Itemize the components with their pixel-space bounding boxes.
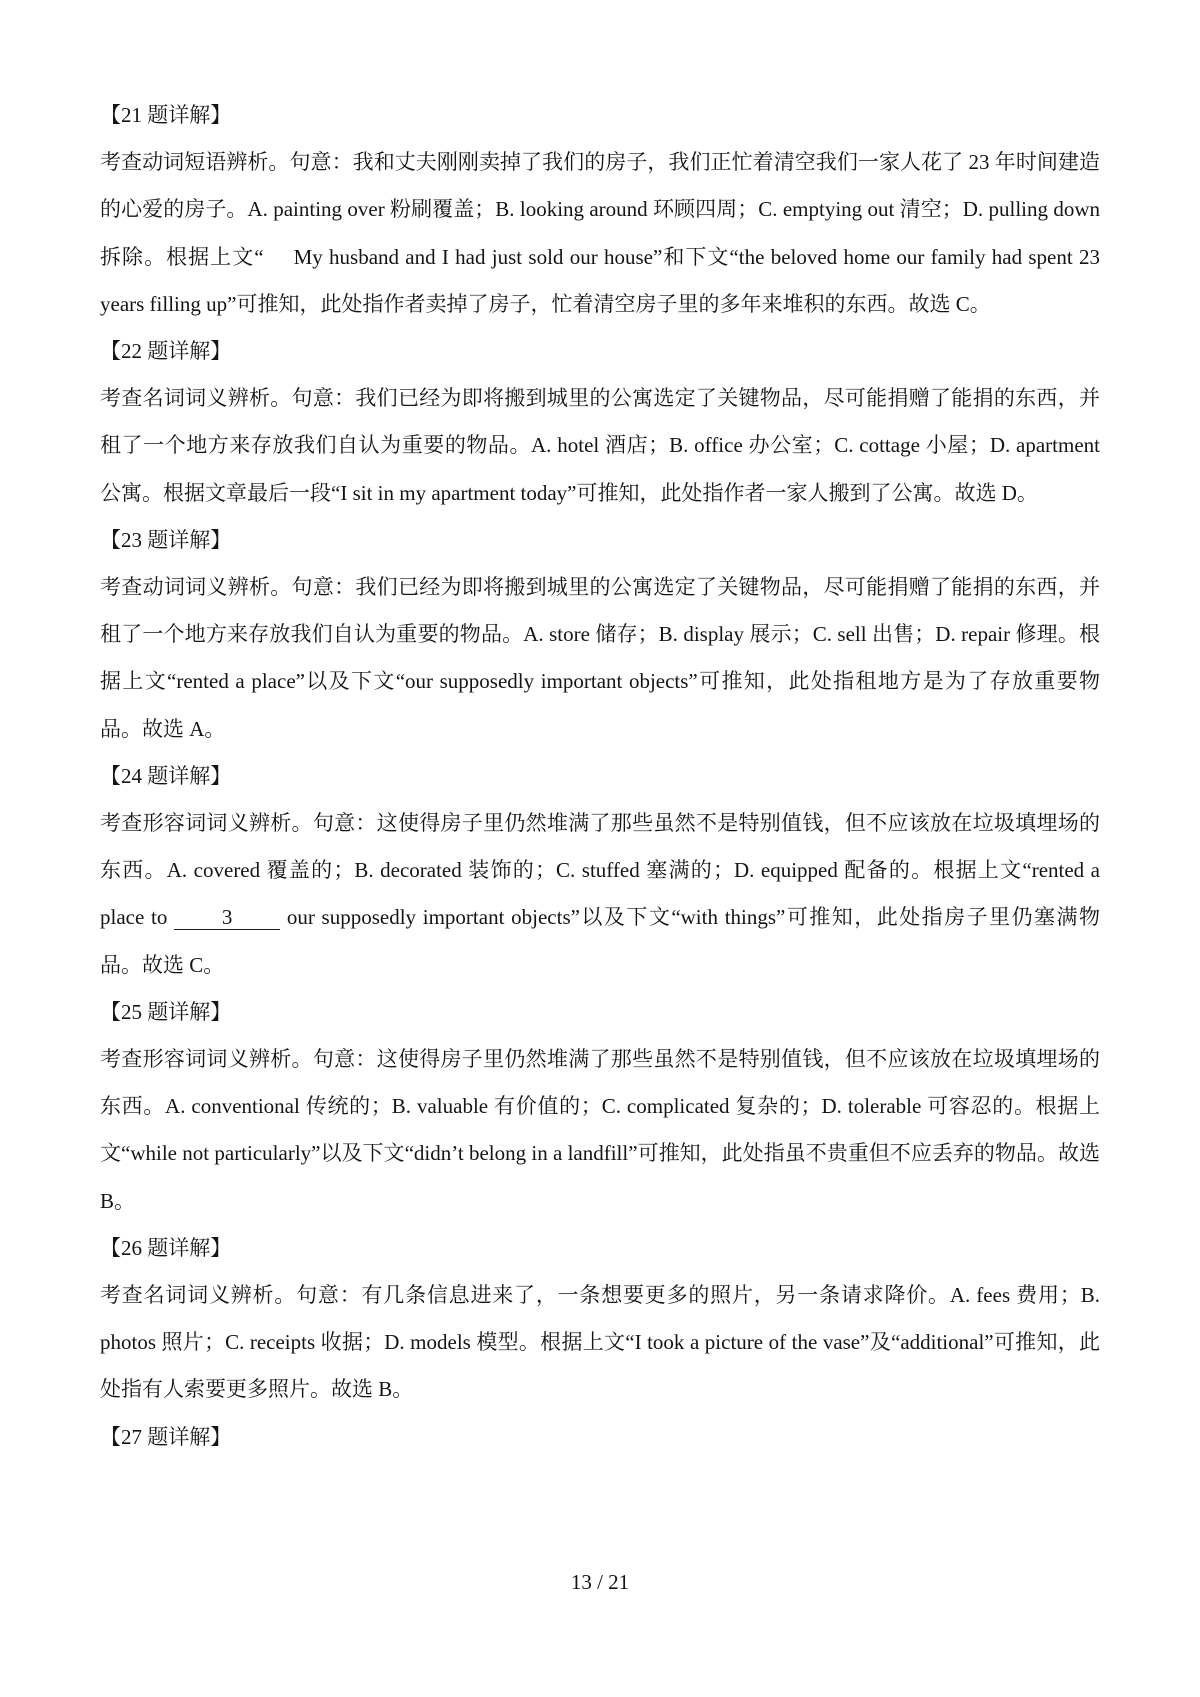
- fill-in-blank-3: 3: [174, 905, 280, 930]
- body-text: 考查形容词词义辨析。句意：这使得房子里仍然堆满了那些虽然不是特别值钱，但不应该放…: [100, 1047, 1100, 1213]
- body-text: 考查动词词义辨析。句意：我们已经为即将搬到城里的公寓选定了关键物品，尽可能捐赠了…: [100, 575, 1100, 741]
- question-25-heading: 【25 题详解】: [100, 989, 1100, 1036]
- page-number: 13 / 21: [571, 1570, 629, 1594]
- question-22-body: 考查名词词义辨析。句意：我们已经为即将搬到城里的公寓选定了关键物品，尽可能捐赠了…: [100, 375, 1100, 517]
- question-27-heading: 【27 题详解】: [100, 1414, 1100, 1461]
- question-26-explanation: 【26 题详解】 考查名词词义辨析。句意：有几条信息进来了，一条想要更多的照片，…: [100, 1225, 1100, 1414]
- question-21-body: 考查动词短语辨析。句意：我和丈夫刚刚卖掉了我们的房子，我们正忙着清空我们一家人花…: [100, 139, 1100, 328]
- document-page: 【21 题详解】 考查动词短语辨析。句意：我和丈夫刚刚卖掉了我们的房子，我们正忙…: [0, 0, 1200, 1697]
- question-23-heading: 【23 题详解】: [100, 517, 1100, 564]
- question-27-explanation: 【27 题详解】: [100, 1414, 1100, 1461]
- question-24-body: 考查形容词词义辨析。句意：这使得房子里仍然堆满了那些虽然不是特别值钱，但不应该放…: [100, 800, 1100, 989]
- question-22-explanation: 【22 题详解】 考查名词词义辨析。句意：我们已经为即将搬到城里的公寓选定了关键…: [100, 328, 1100, 517]
- body-text: 考查名词词义辨析。句意：我们已经为即将搬到城里的公寓选定了关键物品，尽可能捐赠了…: [100, 386, 1100, 504]
- page-footer: 13 / 21: [0, 1570, 1200, 1594]
- question-26-heading: 【26 题详解】: [100, 1225, 1100, 1272]
- question-22-heading: 【22 题详解】: [100, 328, 1100, 375]
- question-26-body: 考查名词词义辨析。句意：有几条信息进来了，一条想要更多的照片，另一条请求降价。A…: [100, 1272, 1100, 1414]
- question-21-explanation: 【21 题详解】 考查动词短语辨析。句意：我和丈夫刚刚卖掉了我们的房子，我们正忙…: [100, 92, 1100, 328]
- question-23-explanation: 【23 题详解】 考查动词词义辨析。句意：我们已经为即将搬到城里的公寓选定了关键…: [100, 517, 1100, 753]
- question-25-body: 考查形容词词义辨析。句意：这使得房子里仍然堆满了那些虽然不是特别值钱，但不应该放…: [100, 1036, 1100, 1225]
- body-text: 考查名词词义辨析。句意：有几条信息进来了，一条想要更多的照片，另一条请求降价。A…: [100, 1283, 1100, 1401]
- question-24-explanation: 【24 题详解】 考查形容词词义辨析。句意：这使得房子里仍然堆满了那些虽然不是特…: [100, 753, 1100, 989]
- question-25-explanation: 【25 题详解】 考查形容词词义辨析。句意：这使得房子里仍然堆满了那些虽然不是特…: [100, 989, 1100, 1225]
- answer-explanations: 【21 题详解】 考查动词短语辨析。句意：我和丈夫刚刚卖掉了我们的房子，我们正忙…: [100, 92, 1100, 1461]
- question-24-heading: 【24 题详解】: [100, 753, 1100, 800]
- question-21-heading: 【21 题详解】: [100, 92, 1100, 139]
- question-23-body: 考查动词词义辨析。句意：我们已经为即将搬到城里的公寓选定了关键物品，尽可能捐赠了…: [100, 564, 1100, 753]
